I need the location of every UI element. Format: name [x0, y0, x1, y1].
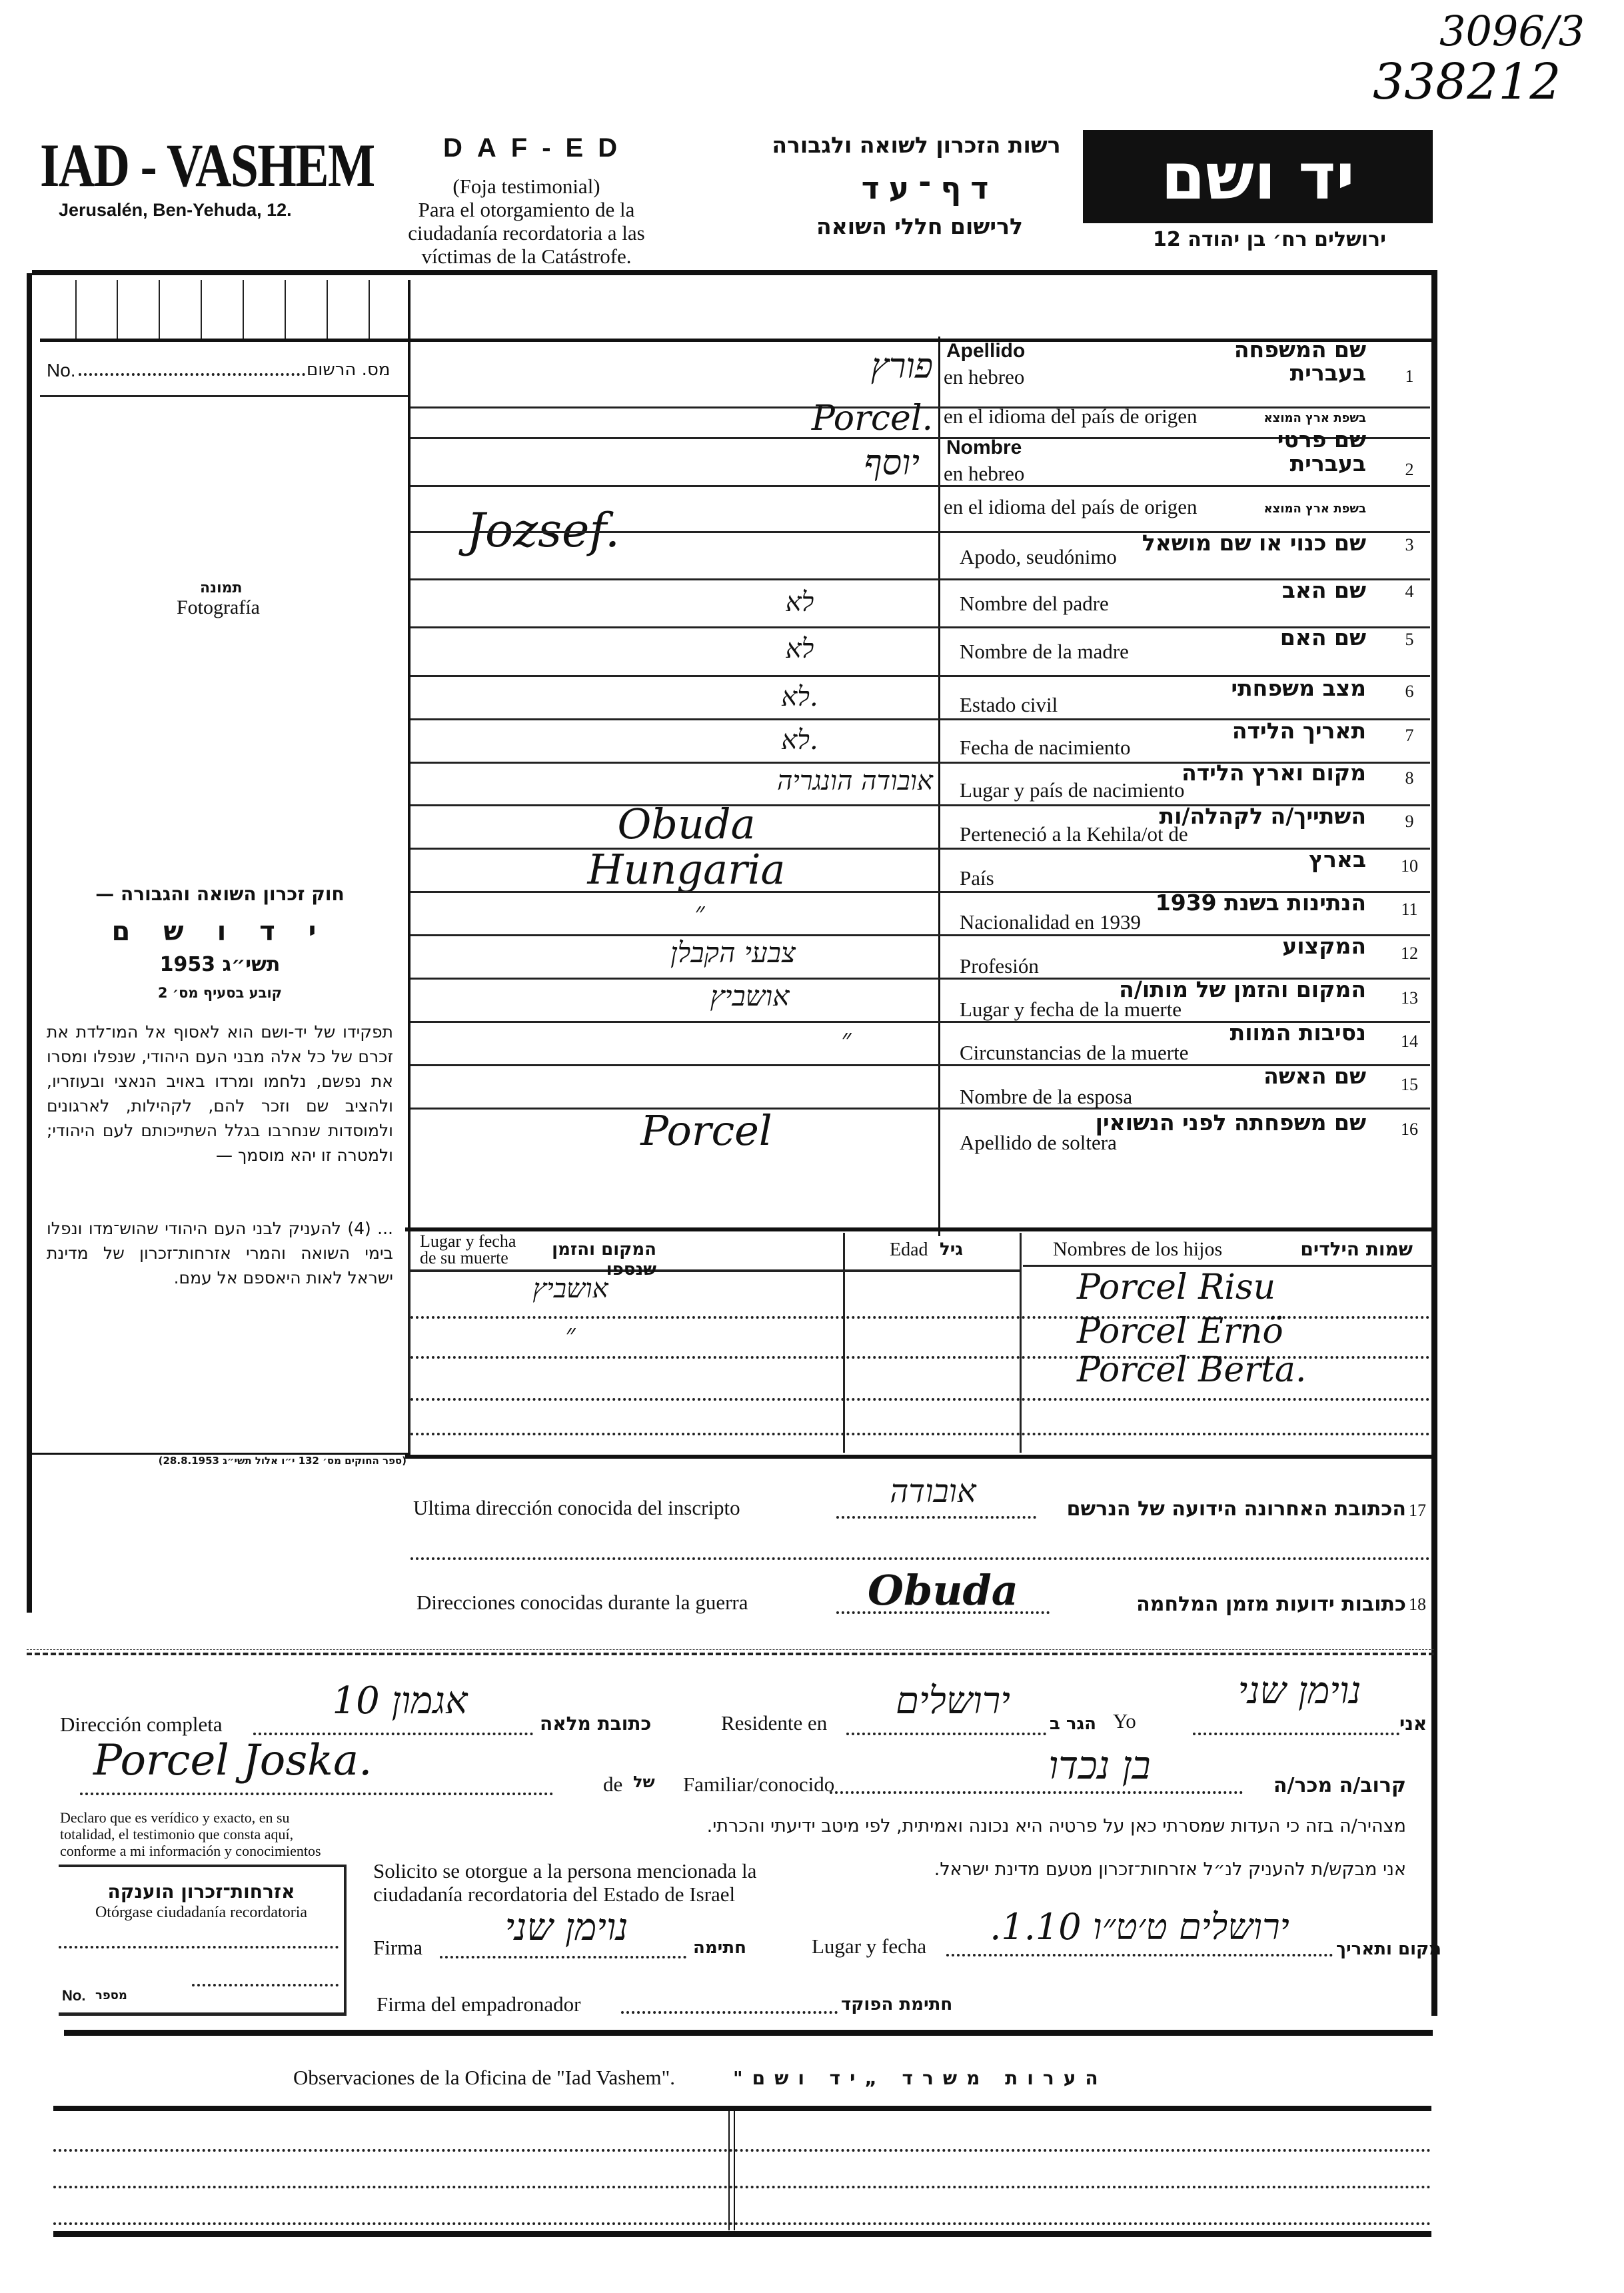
- field-value: אושביץ: [600, 980, 900, 1013]
- field-value: Obuda: [520, 800, 853, 848]
- of-person-field[interactable]: [80, 1793, 553, 1795]
- cell-death-place: אושביץ: [497, 1273, 644, 1304]
- header-children-names-es: Nombres de los hijos: [1053, 1238, 1222, 1261]
- yad-vashem-logo: יד ושם: [1083, 130, 1433, 223]
- registration-number-field[interactable]: [79, 373, 305, 376]
- field-label: en el idioma del país de origen: [944, 404, 1198, 428]
- field-number: 4: [1399, 582, 1419, 602]
- field-nickname[interactable]: [410, 533, 937, 580]
- law-year: תשי״ג 1953: [53, 953, 387, 976]
- field-label-he: השתייך/ה לקהלה/ות: [1100, 803, 1366, 829]
- resident-label-he: הגר ב: [1050, 1714, 1096, 1734]
- place-date-field[interactable]: [946, 1954, 1333, 1956]
- logo-address: Jerusalén, Ben-Yehuda, 12.: [59, 200, 292, 221]
- right-border: [1431, 270, 1437, 2016]
- registration-number-label: No.: [47, 360, 76, 381]
- address-field[interactable]: [253, 1733, 533, 1735]
- yo-label: Yo: [1113, 1709, 1136, 1733]
- of-person-value: Porcel Joska.: [93, 1736, 493, 1785]
- observations-line-1[interactable]: [53, 2149, 1431, 2152]
- field-label: Nombre: [946, 436, 1022, 459]
- observations-rule: [53, 2106, 1431, 2111]
- relative-label-he: קרוב/ה מכר/ה: [1266, 1774, 1406, 1797]
- label-column-divider: [938, 337, 940, 1236]
- field-label-he: בארץ: [1166, 846, 1366, 872]
- declarant-section-rule: [27, 1649, 1434, 1655]
- field-label-he: שם האם: [1133, 624, 1366, 650]
- field-number: 14: [1399, 1032, 1419, 1052]
- field-label-he: המקצוע: [1166, 933, 1366, 959]
- registrar-label: Firma del empadronador: [377, 1992, 580, 2016]
- signature-label: Firma: [373, 1936, 422, 1960]
- form-subtitle: (Foja testimonial): [373, 175, 680, 198]
- declaration-es: Declaro que es verídico y exacto, en su …: [60, 1809, 347, 1859]
- field-number: 2: [1399, 460, 1419, 480]
- field-label: País: [960, 866, 994, 890]
- archive-item-number: 338212: [1373, 53, 1561, 111]
- law-text-citizenship: ... (4) להעניק לבני העם היהודי שהוש־מדו …: [47, 1216, 393, 1290]
- relative-label: Familiar/conocido: [683, 1773, 834, 1797]
- field-number: 12: [1399, 944, 1419, 964]
- law-text-mandate: תפקידו של יד-ושם הוא לאסוף אל המו־לדת את…: [47, 1020, 393, 1167]
- archive-stamp-number: 3096/3: [1439, 7, 1585, 56]
- observations-divider: [728, 2109, 735, 2230]
- relative-field[interactable]: [830, 1791, 1243, 1794]
- cell-child-name: Porcel Ernö: [1077, 1311, 1423, 1351]
- children-table-bottom-rule: [405, 1455, 1435, 1459]
- field-label-he: הנתינות בשנת 1939: [1100, 890, 1366, 916]
- field-label-he: מצב משפחתי: [1133, 675, 1366, 701]
- address-label-he: כתובת מלאה: [540, 1713, 651, 1735]
- cell-child-name: Porcel Risu: [1077, 1267, 1423, 1307]
- grant-number-label: No.: [62, 1987, 85, 2004]
- field-label-he-sub: בעברית: [1133, 360, 1366, 386]
- field-label-sub: en hebreo: [944, 365, 1024, 389]
- field-label-he: שם האב: [1133, 577, 1366, 603]
- signature-field[interactable]: [440, 1956, 686, 1958]
- yo-label-he: אני: [1399, 1713, 1427, 1735]
- form-description: (Foja testimonial) Para el otorgamiento …: [373, 175, 680, 268]
- field-label: Fecha de nacimiento: [960, 736, 1131, 760]
- declarant-name-value: נוימן שני: [1200, 1669, 1399, 1713]
- registration-digit-boxes: [32, 280, 408, 340]
- field-label: Profesión: [960, 954, 1039, 978]
- registration-number-label-he: מס. הרשום: [307, 360, 390, 380]
- field-number: 5: [1399, 630, 1419, 650]
- field-label: Nombre del padre: [960, 592, 1109, 616]
- address-value: אגמון 10: [267, 1679, 533, 1723]
- place-date-label-he: מקום ותאריך: [1336, 1939, 1441, 1959]
- observations-label: Observaciones de la Oficina de "Iad Vash…: [293, 2066, 675, 2090]
- photo-label-he: תמונה: [200, 580, 243, 596]
- header-age-es: Edad: [890, 1239, 928, 1261]
- last-address-value: אובודה: [826, 1473, 1040, 1510]
- field-value: Porcel.: [680, 398, 933, 438]
- field-value: יוסף: [666, 443, 920, 483]
- observations-line-2[interactable]: [53, 2186, 1431, 2188]
- registrar-signature-field[interactable]: [621, 2011, 838, 2014]
- left-border: [27, 273, 32, 1613]
- field-number: 10: [1399, 856, 1419, 876]
- field-number: 13: [1399, 988, 1419, 1008]
- field-value: לא.: [733, 681, 866, 712]
- children-table-top-rule: [405, 1227, 1435, 1231]
- field-label-he: מקום וארץ הלידה: [1133, 760, 1366, 786]
- war-address-value: Obuda: [833, 1566, 1053, 1615]
- field-label-he: תאריך הלידה: [1133, 718, 1366, 744]
- left-panel-bottom-rule: [27, 1453, 410, 1455]
- field-number: 15: [1399, 1075, 1419, 1095]
- field-label-sub: en hebreo: [944, 462, 1024, 486]
- address-label: Dirección completa: [60, 1713, 223, 1737]
- field-number: 18: [1407, 1595, 1427, 1615]
- table-row[interactable]: Porcel Berta.: [410, 1358, 1430, 1398]
- signature-label-he: חתימה: [693, 1938, 746, 1958]
- field-value: אובודה הונגריה: [480, 765, 933, 796]
- field-label-he: שם המשפחה: [1133, 337, 1366, 363]
- field-label: Estado civil: [960, 693, 1058, 717]
- field-label: Nombre de la esposa: [960, 1085, 1132, 1109]
- field-label-he: נסיבות המוות: [1100, 1020, 1366, 1046]
- field-value: ״: [633, 896, 766, 928]
- photo-label: Fotografía: [177, 596, 260, 619]
- war-address-label: Direcciones conocidas durante la guerra: [416, 1591, 748, 1615]
- resident-label: Residente en: [721, 1711, 827, 1735]
- top-rule: [32, 270, 1435, 275]
- field-number: 6: [1399, 682, 1419, 702]
- field-number: 16: [1399, 1120, 1419, 1140]
- field-value: Hungaria: [500, 845, 873, 894]
- logo-iad-vashem: IAD - VASHEM: [40, 130, 375, 201]
- observations-label-he: הערות משרד „יד ושם": [733, 2067, 1213, 2089]
- field-label-he: בשפת ארץ המוצא: [1233, 502, 1366, 516]
- observations-line-3[interactable]: [53, 2222, 1431, 2225]
- observations-top-rule: [64, 2030, 1433, 2036]
- field-wife-name[interactable]: [410, 1066, 937, 1109]
- field-value: לא: [733, 633, 866, 664]
- hebrew-logo-address: ירושלים רח׳ בן יהודה 12: [1110, 228, 1429, 251]
- field-value: ״: [813, 1023, 880, 1054]
- law-reference: (ספר החוקים מס׳ 132 י״ו אלול תשי״ג 28.8.…: [60, 1455, 406, 1467]
- grant-number-label-he: מספר: [95, 1988, 127, 2002]
- field-value: צבעי הקבלן: [533, 936, 933, 970]
- field-label-he: שם האשה: [1133, 1063, 1366, 1089]
- form-purpose: Para el otorgamiento de la ciudadanía re…: [373, 198, 680, 268]
- field-label-he: המקום והזמן של מותו/ה: [1066, 976, 1366, 1002]
- field-value: פורץ: [680, 347, 933, 386]
- field-label: en el idioma del país de origen: [944, 495, 1198, 519]
- field-label: Nombre de la madre: [960, 640, 1129, 664]
- field-number: 17: [1407, 1501, 1427, 1521]
- grant-title-he: אזרחות־זכרון הוענקה: [59, 1881, 344, 1903]
- hebrew-form-subtitle: לרישום חללי השואה: [753, 213, 1086, 239]
- grant-title-es: Otórgase ciudadanía recordatoria: [59, 1904, 344, 1922]
- hebrew-form-name: דף־עד: [796, 170, 1063, 206]
- field-number: 1: [1399, 367, 1419, 386]
- address-rule: [410, 1557, 1430, 1560]
- signature-value: נוימן שני: [453, 1906, 680, 1949]
- field-number: 7: [1399, 726, 1419, 746]
- of-label-he: של: [633, 1773, 655, 1791]
- field-value: לא: [733, 586, 866, 618]
- field-number: 11: [1399, 900, 1419, 920]
- field-label-he: בשפת ארץ המוצא: [1233, 411, 1366, 425]
- declaration-he: מצהיר/ה בזה כי העדות שמסרתי כאן על פרטיה…: [367, 1816, 1406, 1837]
- form-name: DAF-ED: [443, 133, 632, 163]
- divider: [40, 395, 408, 397]
- last-address-label: Ultima dirección conocida del inscripto: [413, 1496, 740, 1520]
- table-row[interactable]: [410, 1400, 1430, 1433]
- relative-value: בן נכדו: [1000, 1743, 1200, 1788]
- observations-bottom-rule: [53, 2231, 1431, 2237]
- law-clause: קובע בסעיף מס׳ 2: [53, 985, 387, 1001]
- law-name: י ד ו ש ם: [53, 916, 387, 947]
- place-date-value: ירושלים ט׳ט״ו 1.10.: [946, 1906, 1333, 1948]
- last-address-field[interactable]: [836, 1516, 1036, 1519]
- request-es: Solicito se otorgue a la persona mencion…: [373, 1859, 800, 1906]
- field-label: Apellido: [946, 340, 1025, 363]
- resident-value: ירושלים: [853, 1679, 1053, 1723]
- field-label-he: שם פרטי: [1133, 426, 1366, 452]
- header-death-place-es: Lugar y fecha de su muerte: [420, 1233, 533, 1266]
- place-date-label: Lugar y fecha: [812, 1934, 926, 1958]
- law-title: חוק זכרון השואה והגבורה —: [53, 883, 387, 905]
- field-value: לא.: [733, 724, 866, 756]
- of-label: de: [603, 1773, 622, 1797]
- field-number: 9: [1399, 812, 1419, 832]
- request-he: אני מבקש/ת להעניק לנ״ל אזרחות־זכרון מטעם…: [800, 1859, 1406, 1880]
- declarant-name-field[interactable]: [1193, 1733, 1399, 1735]
- field-label-he: שם משפחתה לפני הנשואין: [1066, 1110, 1366, 1136]
- grant-number-field[interactable]: [192, 1984, 339, 1986]
- header-children-names-he: שמות הילדים: [1279, 1238, 1413, 1260]
- divider: [410, 485, 1430, 487]
- cell-child-name: Porcel Berta.: [1077, 1350, 1450, 1390]
- cell-death-place: ״: [544, 1318, 597, 1349]
- header-age-he: גיל: [940, 1239, 963, 1259]
- war-address-label-he: כתובות ידועות מזמן המלחמה: [1053, 1593, 1406, 1616]
- field-value: Porcel: [573, 1106, 840, 1155]
- grant-field[interactable]: [59, 1946, 339, 1948]
- field-number: 3: [1399, 535, 1419, 555]
- registrar-label-he: חתימת הפוקד: [841, 1994, 952, 2014]
- field-label-he: שם כנוי או שם מושאל: [1066, 530, 1366, 556]
- field-label-he-sub: בעברית: [1133, 450, 1366, 476]
- hebrew-authority-title: רשות הזכרון לשואה ולגבורה: [730, 132, 1103, 158]
- last-address-label-he: הכתובת האחרונה הידועה של הנרשם: [1040, 1497, 1406, 1521]
- field-number: 8: [1399, 768, 1419, 788]
- table-row[interactable]: אושביץ Porcel Risu: [410, 1273, 1430, 1316]
- resident-field[interactable]: [846, 1733, 1046, 1735]
- grant-box: אזרחות־זכרון הוענקה Otórgase ciudadanía …: [59, 1865, 347, 2016]
